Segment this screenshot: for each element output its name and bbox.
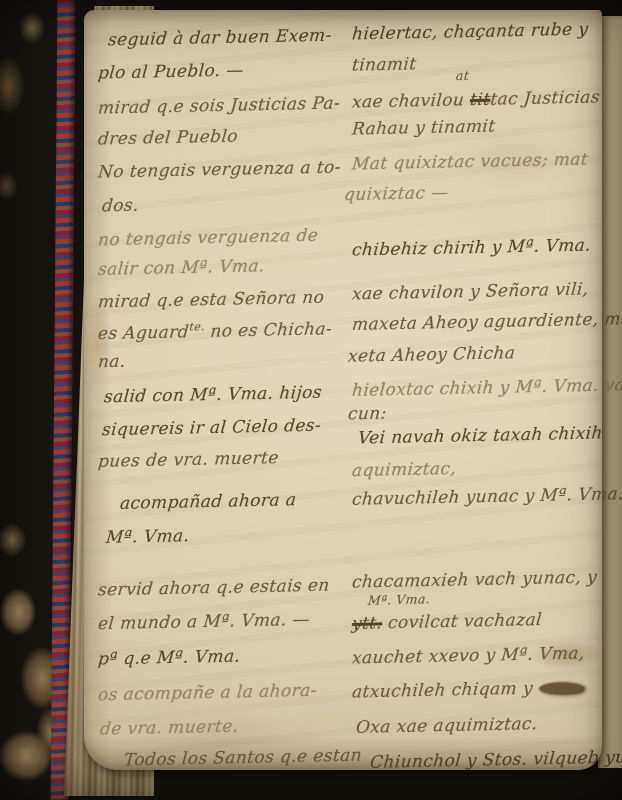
handwritten-line: de vra. muerte. (99, 717, 239, 740)
handwritten-line: el mundo a Mª. Vma. — (97, 610, 311, 634)
handwritten-line: Mª. Vma. (105, 526, 190, 548)
handwritten-line: no tengais verguenza de (97, 226, 319, 251)
line-segment: atxuchileh chiqam y (351, 679, 539, 703)
handwritten-line: hieloxtac chixih y Mª. Vma. va- (351, 375, 622, 401)
handwritten-line: mirad q.e sois Justicias Pa- (97, 93, 341, 118)
handwritten-line: Oxa xae aquimiztac. (355, 714, 538, 738)
handwritten-line: pues de vra. muerte (97, 448, 279, 472)
handwritten-line: hielertac, chaçanta rube y (351, 20, 589, 45)
handwritten-line: es Aguardte. no es Chicha- (97, 318, 333, 345)
handwritten-line: servid ahora q.e estais en (97, 576, 330, 601)
interlinear-correction: at (455, 68, 469, 83)
struck-word: ytt. (351, 613, 383, 634)
handwritten-line: No tengais verguenza a to- (97, 157, 341, 182)
handwritten-line: pª q.e Mª. Vma. (97, 646, 241, 669)
manuscript-page: seguid à dar buen Exem- plo al Pueblo. —… (84, 10, 602, 770)
handwritten-line: Mat quixiztac vacues; mat (351, 150, 589, 175)
interlinear-correction: Mª. Vma. (367, 591, 430, 608)
handwritten-line: aquimiztac, (351, 459, 457, 481)
line-segment: es Aguard (97, 322, 190, 344)
handwritten-line: quixiztac — (343, 183, 449, 205)
handwritten-line: ytt. covilcat vachazal (351, 610, 543, 634)
line-segment: no es Chicha- (204, 319, 333, 342)
line-segment: tac Justicias (490, 87, 601, 109)
handwritten-line: dos. (101, 196, 140, 217)
line-segment: covilcat vachazal (381, 610, 542, 633)
handwritten-line: na. (97, 352, 126, 373)
handwritten-line: dres del Pueblo (97, 127, 239, 150)
handwritten-line: salir con Mª. Vma. (97, 256, 265, 280)
handwritten-line: Chiunchol y Stos. vilqueb yu= (369, 747, 622, 773)
handwritten-line: xae chavilou tittac Justicias (351, 87, 601, 112)
handwritten-line: acompañad ahora a (119, 490, 297, 514)
handwritten-line: salid con Mª. Vma. hijos (103, 383, 323, 408)
handwritten-line: seguid à dar buen Exem- (107, 26, 332, 51)
right-column-translation: hielertac, chaçanta rube y tinamit at xa… (352, 10, 602, 770)
handwritten-line: atxuchileh chiqam y (351, 678, 585, 703)
handwritten-line: xeta Aheoy Chicha (347, 343, 516, 367)
handwritten-line: plo al Pueblo. — (97, 60, 245, 83)
handwritten-line: cun: (347, 404, 387, 425)
line-segment: xae chavilou (351, 90, 471, 113)
handwritten-line: chibehiz chirih y Mª. Vma. (351, 235, 592, 260)
handwritten-line: Rahau y tinamit (351, 116, 496, 139)
superscript: te. (189, 320, 206, 333)
handwritten-line: os acompañe a la ahora- (97, 681, 317, 706)
handwritten-line: xae chavilon y Señora vili, (351, 280, 589, 305)
handwritten-line: mirad q.e esta Señora no (97, 288, 325, 313)
handwritten-line: Todos los Santos q.e estan (123, 745, 363, 770)
handwritten-line: maxeta Aheoy aguardiente, ma- (351, 309, 622, 335)
handwritten-line: xauchet xxevo y Mª. Vma, (351, 644, 585, 669)
handwritten-line: chacamaxieh vach yunac, y (351, 567, 598, 592)
manuscript-photo: seguid à dar buen Exem- plo al Pueblo. —… (0, 0, 622, 800)
handwritten-line: Vei navah okiz taxah chixih (357, 423, 603, 448)
handwritten-line: chavuchileh yunac y Mª. Vma. (351, 484, 622, 510)
handwritten-line: siquereis ir al Cielo des- (101, 416, 322, 441)
struck-word: tit (469, 90, 491, 110)
left-column-spanish: seguid à dar buen Exem- plo al Pueblo. —… (98, 10, 360, 770)
ink-blot (538, 682, 585, 696)
handwritten-line: tinamit (351, 54, 417, 75)
